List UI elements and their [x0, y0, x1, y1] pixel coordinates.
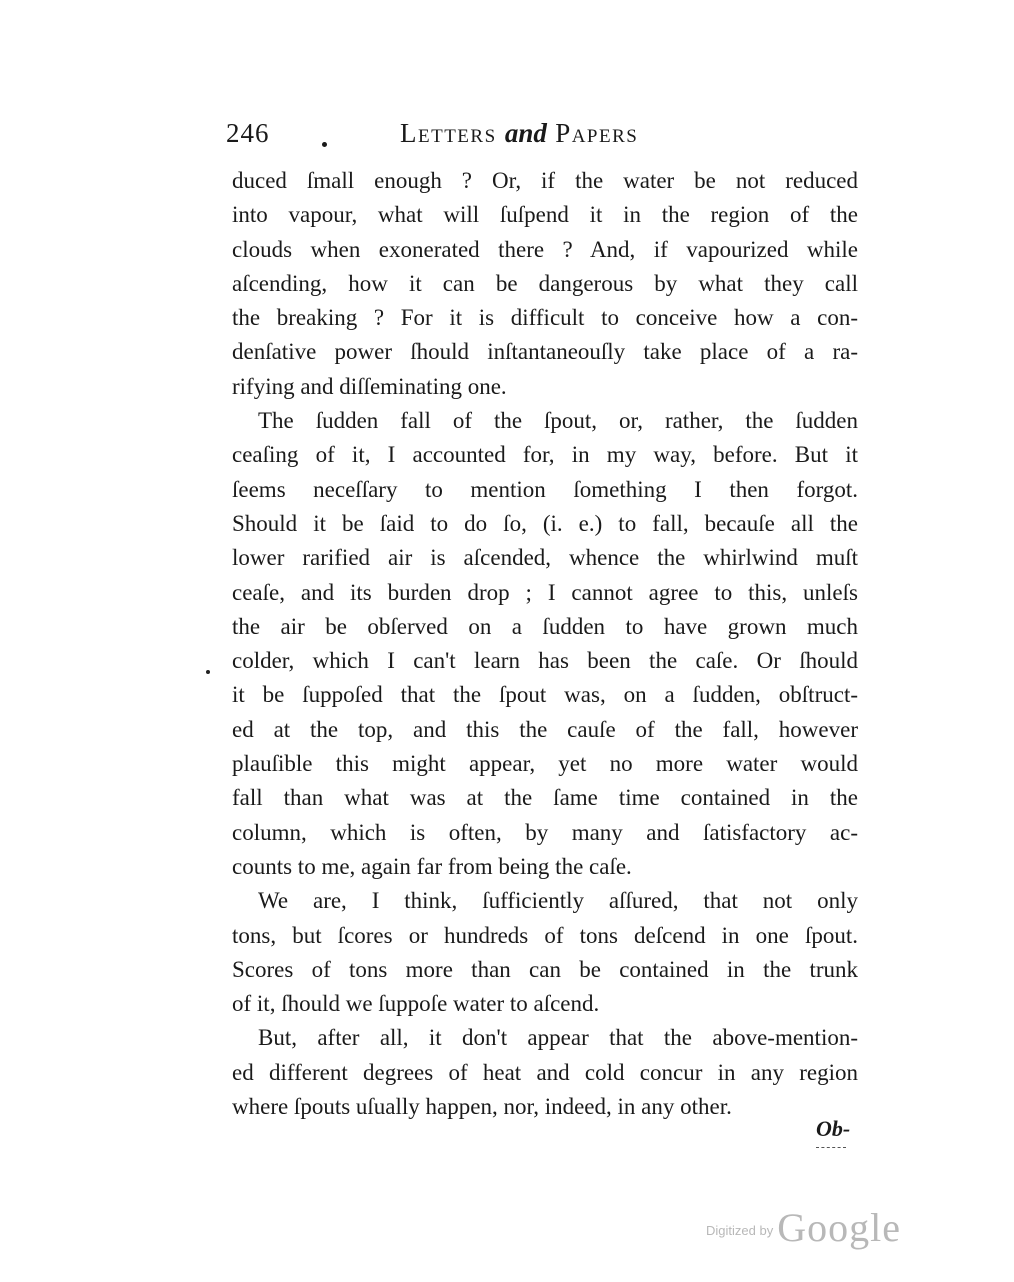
text-line: rifying and diſſeminating one. — [232, 370, 858, 404]
body-text: duced ſmall enough ? Or, if the water be… — [232, 164, 858, 1124]
text-line: plauſible this might appear, yet no more… — [232, 747, 858, 781]
text-line: ceaſing of it, I accounted for, in my wa… — [232, 438, 858, 472]
text-line: aſcending, how it can be dangerous by wh… — [232, 267, 858, 301]
text-line: denſative power ſhould inſtantaneouſly t… — [232, 335, 858, 369]
text-line: tons, but ſcores or hundreds of tons deſ… — [232, 919, 858, 953]
page-number: 246 — [226, 118, 270, 149]
catchword-rule — [816, 1147, 846, 1148]
google-logo: Google — [777, 1205, 901, 1250]
text-line: lower rarified air is aſcended, whence t… — [232, 541, 858, 575]
text-line: counts to me, again far from being the c… — [232, 850, 858, 884]
text-line: But, after all, it don't appear that the… — [232, 1021, 858, 1055]
text-line: The ſudden fall of the ſpout, or, rather… — [232, 404, 858, 438]
paragraph: duced ſmall enough ? Or, if the water be… — [232, 164, 858, 404]
text-line: ed different degrees of heat and cold co… — [232, 1056, 858, 1090]
text-line: clouds when exonerated there ? And, if v… — [232, 233, 858, 267]
text-line: into vapour, what will ſuſpend it in the… — [232, 198, 858, 232]
paragraph: The ſudden fall of the ſpout, or, rather… — [232, 404, 858, 884]
text-line: the breaking ? For it is difficult to co… — [232, 301, 858, 335]
catchword: Ob- — [816, 1116, 850, 1142]
text-line: the air be obſerved on a ſudden to have … — [232, 610, 858, 644]
text-line: ceaſe, and its burden drop ; I cannot ag… — [232, 576, 858, 610]
text-line: colder, which I can't learn has been the… — [232, 644, 858, 678]
running-head: 246 Letters and Papers — [226, 116, 862, 156]
text-line: where ſpouts uſually happen, nor, indeed… — [232, 1090, 858, 1124]
text-line: column, which is often, by many and ſati… — [232, 816, 858, 850]
running-title-part2: Papers — [547, 118, 638, 148]
digitized-watermark: Digitized by Google — [706, 1204, 901, 1251]
text-line: Scores of tons more than can be containe… — [232, 953, 858, 987]
text-line: fall than what was at the ſame time cont… — [232, 781, 858, 815]
text-line: duced ſmall enough ? Or, if the water be… — [232, 164, 858, 198]
text-line: ed at the top, and this the cauſe of the… — [232, 713, 858, 747]
text-line: Should it be ſaid to do ſo, (i. e.) to f… — [232, 507, 858, 541]
paragraph: But, after all, it don't appear that the… — [232, 1021, 858, 1124]
printing-mark — [322, 142, 327, 147]
text-line: We are, I think, ſufficiently aſſured, t… — [232, 884, 858, 918]
text-line: ſeems neceſſary to mention ſomething I t… — [232, 473, 858, 507]
book-page: 246 Letters and Papers duced ſmall enoug… — [0, 0, 1014, 1282]
text-line: it be ſuppoſed that the ſpout was, on a … — [232, 678, 858, 712]
watermark-prefix: Digitized by — [706, 1223, 773, 1238]
running-title-part1: Letters — [400, 118, 505, 148]
text-line: of it, ſhould we ſuppoſe water to aſcend… — [232, 987, 858, 1021]
paragraph: We are, I think, ſufficiently aſſured, t… — [232, 884, 858, 1021]
running-title: Letters and Papers — [400, 118, 638, 149]
margin-speck — [206, 670, 210, 674]
running-title-and: and — [505, 118, 547, 148]
